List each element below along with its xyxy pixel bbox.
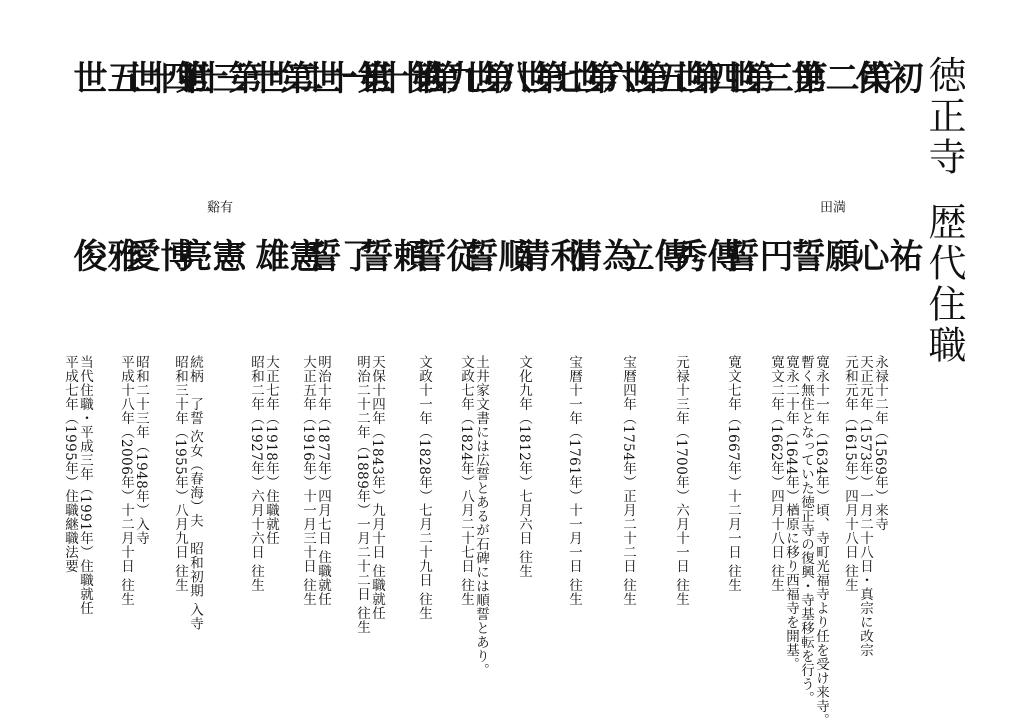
note-line: 平成十八年（2006年）十二月十日 往生 bbox=[118, 355, 133, 606]
note-line: 文政七年（1824年）八月二十七日 往生 bbox=[458, 355, 473, 677]
title-heading: 歴代住職 bbox=[922, 202, 966, 366]
note-line: 続柄 了誓 次女（春海）夫 昭和初期 入寺 bbox=[187, 355, 202, 631]
note-line: 文化九年（1812年）七月六日 往生 bbox=[516, 355, 531, 578]
abbot-name: 憲雄 bbox=[252, 238, 320, 296]
abbot-name: 雅俊 bbox=[70, 238, 138, 296]
abbot-notes-7: 文化九年（1812年）七月六日 往生 bbox=[516, 355, 531, 578]
note-line: 寛永十一年（1634年）頃、寺町光福寺より任を受け来寺。 bbox=[813, 355, 828, 724]
abbot-notes-10: 天保十四年（1843年）九月十日 住職就任 明治二十二年（1889年）一月二十二… bbox=[354, 355, 384, 634]
abbot-surname: 満田 bbox=[818, 200, 844, 213]
note-line: 元禄十三年（1700年）六月十一日 往生 bbox=[673, 355, 688, 606]
abbot-surname: 有谿 bbox=[205, 200, 231, 213]
note-line: 宝暦十一年（1761年）十一月一日 往生 bbox=[566, 355, 581, 606]
abbot-notes-2: 寛永十一年（1634年）頃、寺町光福寺より任を受け来寺。 暫く無住となっていた徳… bbox=[768, 355, 828, 724]
note-line: 土井家文書には広誓とあるが石碑には順誓とあり。 bbox=[473, 355, 488, 677]
abbot-notes-3: 寛文七年（1667年）十二月一日 往生 bbox=[725, 355, 740, 592]
note-line: 永禄十二年（1569年）来寺 bbox=[872, 355, 887, 657]
note-line: 大正五年（1916年）十一月三十日 往生 bbox=[300, 355, 315, 606]
abbot-notes-9: 文政十一年（1828年）七月二十九日 往生 bbox=[416, 355, 431, 620]
abbot-name: 祐心 bbox=[852, 238, 920, 296]
note-line: 寛文二年（1662年）四月十八日 往生 bbox=[768, 355, 783, 724]
note-line: 暫く無住となっていた徳正寺の復興・寺基移転を行う。 bbox=[798, 355, 813, 724]
note-line: 寛文七年（1667年）十二月一日 往生 bbox=[725, 355, 740, 592]
abbot-notes-12: 大正七年（1918年）住職就任 昭和二年（1927年）六月十六日 往生 bbox=[248, 355, 278, 592]
note-line: 平成七年（1995年）住職継職法要 bbox=[62, 355, 77, 615]
note-line: 大正七年（1918年）住職就任 bbox=[263, 355, 278, 592]
page-title: 徳正寺歴代住職 bbox=[925, 55, 963, 366]
abbot-name: 願誓 bbox=[788, 238, 856, 296]
note-line: 昭和二十三年（1948年）入寺 bbox=[133, 355, 148, 606]
generation-label: 第十五世 bbox=[70, 60, 206, 94]
abbot-notes-14: 昭和二十三年（1948年）入寺 平成十八年（2006年）十二月十日 往生 bbox=[118, 355, 148, 606]
abbot-notes-11: 明治十年（1877年）四月七日 住職就任 大正五年（1916年）十一月三十日 往… bbox=[300, 355, 330, 606]
abbot-notes-6: 宝暦十一年（1761年）十一月一日 往生 bbox=[566, 355, 581, 606]
note-line: 文政十一年（1828年）七月二十九日 往生 bbox=[416, 355, 431, 620]
note-line: 当代住職・平成三年（1991年）住職就任 bbox=[77, 355, 92, 615]
note-line: 天保十四年（1843年）九月十日 住職就任 bbox=[369, 355, 384, 634]
note-line: 明治十年（1877年）四月七日 住職就任 bbox=[315, 355, 330, 606]
abbot-notes-5: 宝暦四年（1754年）正月二十二日 往生 bbox=[620, 355, 635, 606]
note-line: 昭和三十年（1955年）八月九日 往生 bbox=[172, 355, 187, 631]
abbot-notes-13: 続柄 了誓 次女（春海）夫 昭和初期 入寺 昭和三十年（1955年）八月九日 往… bbox=[172, 355, 202, 631]
abbot-notes-1: 永禄十二年（1569年）来寺 天正元年（1573年）一月二十八日・真宗に改宗 元… bbox=[842, 355, 887, 657]
note-line: 元和元年（1615年）四月十八日 往生 bbox=[842, 355, 857, 657]
abbot-notes-15: 当代住職・平成三年（1991年）住職就任 平成七年（1995年）住職継職法要 bbox=[62, 355, 92, 615]
note-line: 天正元年（1573年）一月二十八日・真宗に改宗 bbox=[857, 355, 872, 657]
temple-name: 徳正寺 bbox=[922, 55, 966, 178]
note-line: 昭和二年（1927年）六月十六日 往生 bbox=[248, 355, 263, 592]
abbot-notes-4: 元禄十三年（1700年）六月十一日 往生 bbox=[673, 355, 688, 606]
abbot-notes-8: 土井家文書には広誓とあるが石碑には順誓とあり。 文政七年（1824年）八月二十七… bbox=[458, 355, 488, 677]
note-line: 宝暦四年（1754年）正月二十二日 往生 bbox=[620, 355, 635, 606]
note-line: 寛永二十年（1644年）楢原に移り西福寺を開基。 bbox=[783, 355, 798, 724]
note-line: 明治二十二年（1889年）一月二十二日 往生 bbox=[354, 355, 369, 634]
